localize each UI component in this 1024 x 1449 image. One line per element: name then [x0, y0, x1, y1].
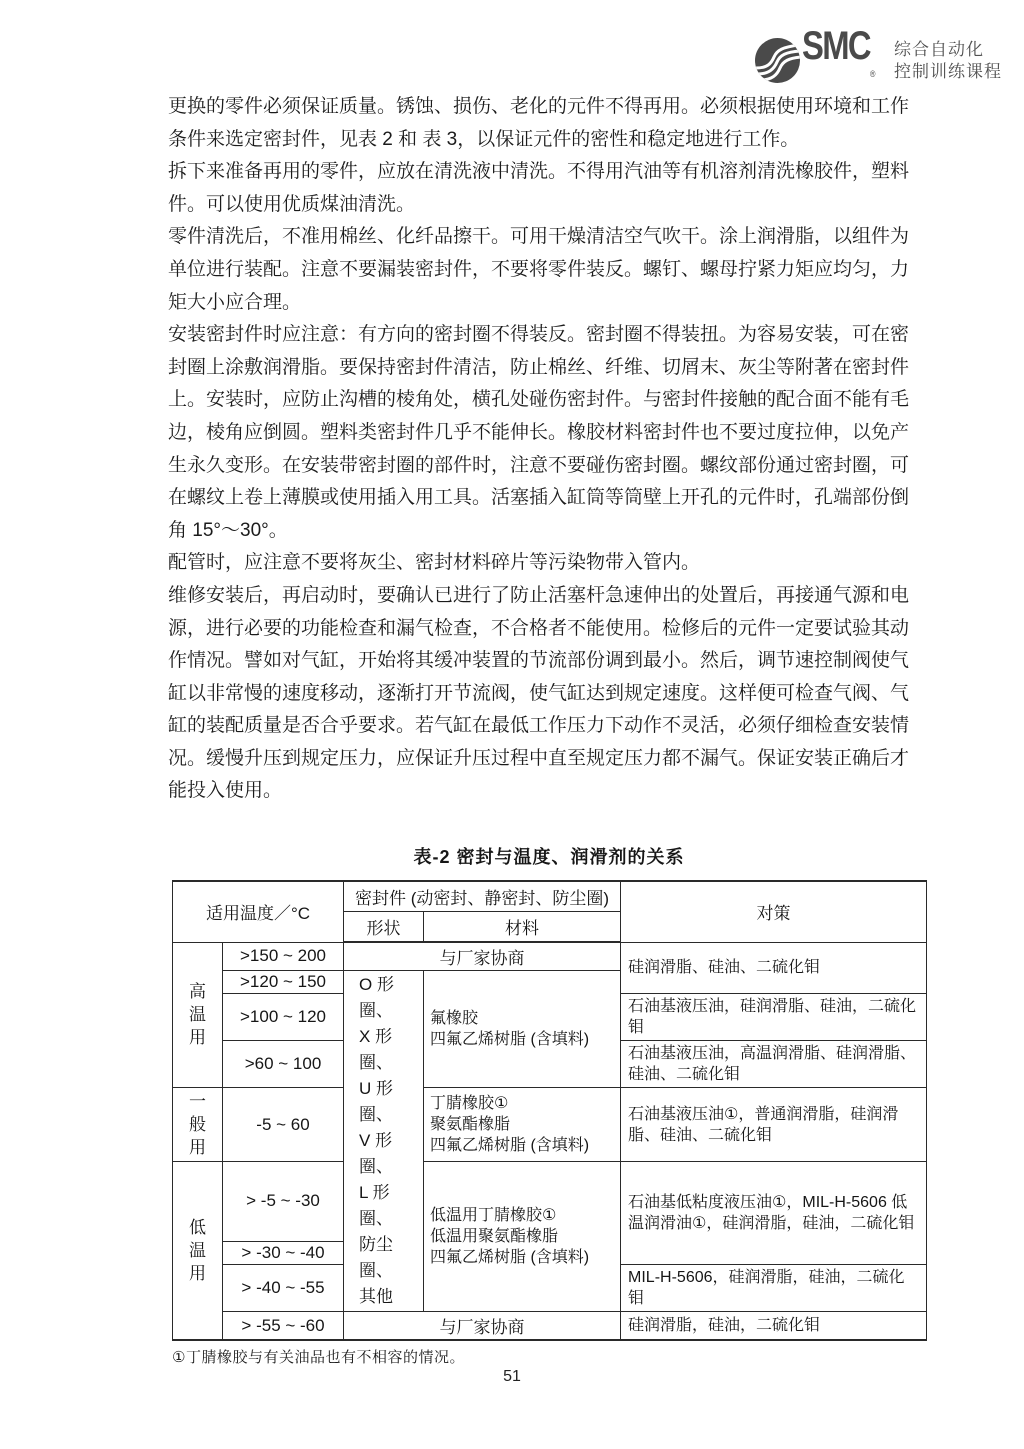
body-text-line: 封圈上涂敷润滑脂。要保持密封件清洁，防止棉丝、纤维、切屑末、灰尘等附著在密封件 [168, 352, 909, 385]
table-cell-group: 高 温 用 [173, 942, 223, 1088]
body-text-line: 边，棱角应倒圆。塑料类密封件几乎不能伸长。橡胶材料密封件也不要过度拉伸，以免产 [168, 417, 909, 450]
smc-brand-header: SMC® 综合自动化 控制训练课程 [755, 24, 1002, 97]
table-cell-agree: 与厂家协商 [344, 942, 621, 971]
header-seal-group: 密封件 (动密封、静密封、防尘圈) [344, 881, 621, 912]
body-text: 更换的零件必须保证质量。锈蚀、损伤、老化的元件不得再用。必须根据使用环境和工作条… [168, 91, 909, 808]
table-row: 低 温 用> -5 ~ -30低温用丁腈橡胶① 低温用聚氨酯橡脂 四氟乙烯树脂 … [173, 1162, 927, 1242]
body-text-line: 作情况。譬如对气缸，开始将其缓冲装置的节流部份调到最小。然后，调节速控制阀使气 [168, 645, 909, 678]
table-cell-measure: 石油基液压油，高温润滑脂、硅润滑脂、硅油、二硫化钼 [621, 1041, 927, 1088]
table-cell-agree: 与厂家协商 [344, 1312, 621, 1341]
table-cell-temp: > -5 ~ -30 [223, 1162, 344, 1242]
table-cell-material: 低温用丁腈橡胶① 低温用聚氨酯橡脂 四氟乙烯树脂 (含填料) [424, 1162, 621, 1312]
table-cell-measure: 石油基液压油①，普通润滑脂，硅润滑脂、硅油、二硫化钼 [621, 1088, 927, 1162]
seal-temperature-lubricant-table: 适用温度／°C 密封件 (动密封、静密封、防尘圈) 对策 形状 材料 高 温 用… [172, 880, 927, 1341]
registered-mark: ® [870, 69, 875, 79]
body-text-line: 条件来选定密封件，见表 2 和 表 3，以保证元件的密性和稳定地进行工作。 [168, 124, 909, 157]
table-cell-temp: > -55 ~ -60 [223, 1312, 344, 1341]
body-text-line: 源，进行必要的功能检查和漏气检查，不合格者不能使用。检修后的元件一定要试验其动 [168, 613, 909, 646]
brand-tagline: 综合自动化 控制训练课程 [894, 39, 1002, 83]
smc-wordmark: SMC® [802, 24, 875, 97]
table-row: 高 温 用>150 ~ 200与厂家协商硅润滑脂、硅油、二硫化钼 [173, 942, 927, 971]
body-text-line: 上。安装时，应防止沟槽的棱角处，横孔处碰伤密封件。与密封件接触的配合面不能有毛 [168, 384, 909, 417]
tagline-line2: 控制训练课程 [894, 61, 1002, 83]
header-shape: 形状 [344, 912, 424, 943]
body-text-line: 配管时，应注意不要将灰尘、密封材料碎片等污染物带入管内。 [168, 547, 909, 580]
table-cell-temp: -5 ~ 60 [223, 1088, 344, 1162]
table-cell-measure: 石油基液压油，硅润滑脂、硅油，二硫化钼 [621, 994, 927, 1041]
body-text-line: 能投入使用。 [168, 775, 909, 808]
table-cell-temp: >150 ~ 200 [223, 942, 344, 971]
page-number: 51 [0, 1368, 1024, 1386]
header-temperature: 适用温度／°C [173, 881, 344, 942]
table-cell-shape: O 形圈、 X 形圈、 U 形圈、 V 形圈、 L 形圈、 防尘圈、 其他 [344, 971, 424, 1312]
table-row: > -55 ~ -60与厂家协商硅润滑脂，硅油，二硫化钼 [173, 1312, 927, 1341]
table-row: 一 般 用-5 ~ 60丁腈橡胶① 聚氨酯橡脂 四氟乙烯树脂 (含填料)石油基液… [173, 1088, 927, 1162]
body-text-line: 矩大小应合理。 [168, 287, 909, 320]
table-footnote: ①丁腈橡胶与有关油品也有不相容的情况。 [172, 1346, 926, 1367]
seal-table-section: 表-2 密封与温度、润滑剂的关系 适用温度／°C 密封件 (动密封、静密封、防尘… [172, 843, 926, 1367]
table-cell-material: 氟橡胶 四氟乙烯树脂 (含填料) [424, 971, 621, 1088]
document-page: SMC® 综合自动化 控制训练课程 更换的零件必须保证质量。锈蚀、损伤、老化的元… [0, 0, 1024, 1449]
body-text-line: 角 15°～30°。 [168, 515, 909, 548]
body-text-line: 件。可以使用优质煤油清洗。 [168, 189, 909, 222]
table-cell-temp: >60 ~ 100 [223, 1041, 344, 1088]
body-text-line: 况。缓慢升压到规定压力，应保证升压过程中直至规定压力都不漏气。保证安装正确后才 [168, 743, 909, 776]
table-cell-measure: 石油基低粘度液压油①，MIL-H-5606 低温润滑油①，硅润滑脂，硅油，二硫化… [621, 1162, 927, 1265]
header-measure: 对策 [621, 881, 927, 942]
body-text-line: 缸的装配质量是否合乎要求。若气缸在最低工作压力下动作不灵活，必须仔细检查安装情 [168, 710, 909, 743]
body-text-line: 更换的零件必须保证质量。锈蚀、损伤、老化的元件不得再用。必须根据使用环境和工作 [168, 91, 909, 124]
body-text-line: 安装密封件时应注意：有方向的密封圈不得装反。密封圈不得装扭。为容易安装，可在密 [168, 319, 909, 352]
tagline-line1: 综合自动化 [894, 39, 1002, 61]
table-cell-temp: > -30 ~ -40 [223, 1241, 344, 1265]
body-text-line: 维修安装后，再启动时，要确认已进行了防止活塞杆急速伸出的处置后，再接通气源和电 [168, 580, 909, 613]
table-cell-measure: MIL-H-5606，硅润滑脂，硅油，二硫化钼 [621, 1265, 927, 1312]
body-text-line: 单位进行装配。注意不要漏装密封件，不要将零件装反。螺钉、螺母拧紧力矩应均匀，力 [168, 254, 909, 287]
table-cell-group: 一 般 用 [173, 1088, 223, 1162]
header-material: 材料 [424, 912, 621, 943]
table-body: 高 温 用>150 ~ 200与厂家协商硅润滑脂、硅油、二硫化钼>120 ~ 1… [173, 942, 927, 1340]
body-text-line: 在螺纹上卷上薄膜或使用插入用工具。活塞插入缸筒等筒壁上开孔的元件时，孔端部份倒 [168, 482, 909, 515]
table-cell-temp: > -40 ~ -55 [223, 1265, 344, 1312]
table-cell-measure: 硅润滑脂、硅油、二硫化钼 [621, 942, 927, 994]
body-text-line: 拆下来准备再用的零件，应放在清洗液中清洗。不得用汽油等有机溶剂清洗橡胶件，塑料 [168, 156, 909, 189]
smc-logo-icon [755, 38, 800, 83]
table-cell-material: 丁腈橡胶① 聚氨酯橡脂 四氟乙烯树脂 (含填料) [424, 1088, 621, 1162]
table-cell-group: 低 温 用 [173, 1162, 223, 1341]
table-cell-temp: >120 ~ 150 [223, 971, 344, 994]
table-title: 表-2 密封与温度、润滑剂的关系 [172, 843, 926, 869]
body-text-line: 缸以非常慢的速度移动，逐渐打开节流阀，使气缸达到规定速度。这样便可检查气阀、气 [168, 678, 909, 711]
table-cell-temp: >100 ~ 120 [223, 994, 344, 1041]
body-text-line: 生永久变形。在安装带密封圈的部件时，注意不要碰伤密封圈。螺纹部份通过密封圈，可 [168, 450, 909, 483]
table-cell-measure: 硅润滑脂，硅油，二硫化钼 [621, 1312, 927, 1341]
body-text-line: 零件清洗后，不准用棉丝、化纤品擦干。可用干燥清洁空气吹干。涂上润滑脂，以组件为 [168, 221, 909, 254]
table-header: 适用温度／°C 密封件 (动密封、静密封、防尘圈) 对策 形状 材料 [173, 881, 927, 942]
